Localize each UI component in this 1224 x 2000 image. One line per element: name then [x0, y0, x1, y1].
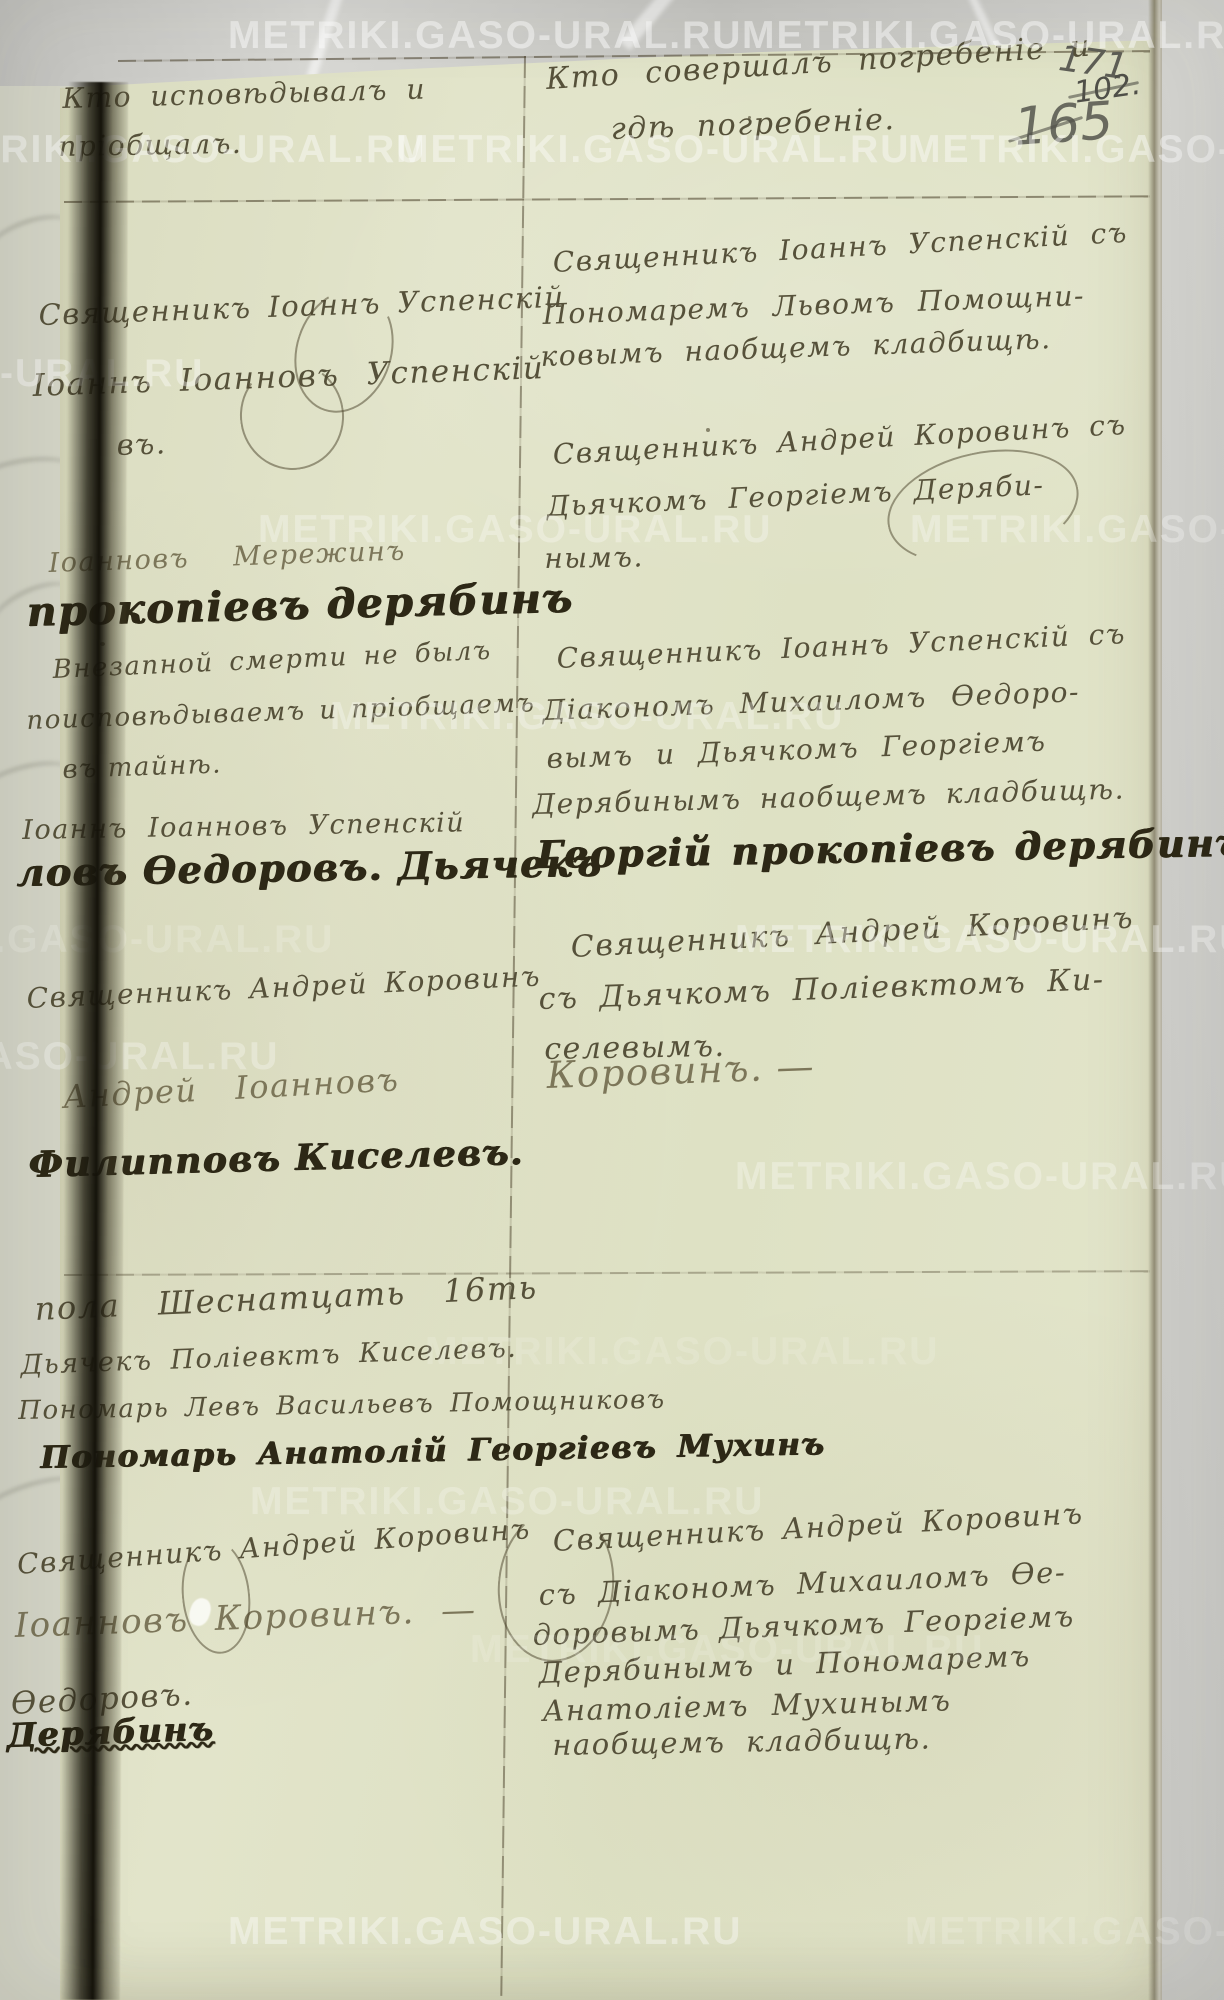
backing-vein [619, 0, 675, 50]
scanned-register-page: 171 102. 165 Кто исповѣдывалъ и пріобщал… [0, 0, 1224, 2000]
book-binding-shadow [60, 82, 128, 2000]
backing-right [1160, 0, 1224, 2000]
ink-speck [748, 116, 751, 119]
entry-line: селевымъ. [544, 1029, 726, 1067]
backing-vein [306, 0, 343, 79]
watermark-text: METRIKI.GASO-URAL.RU [228, 14, 742, 58]
entry-line: нымъ. [544, 540, 644, 575]
ink-speck [706, 428, 710, 432]
entry-line: наобщемъ кладбищѣ. [552, 1721, 932, 1762]
